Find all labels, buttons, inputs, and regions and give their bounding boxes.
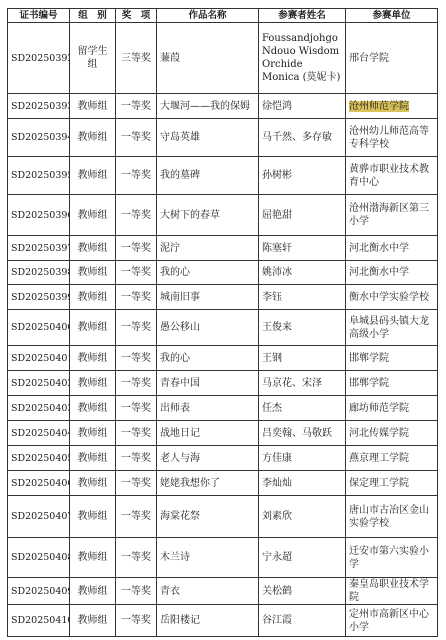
award-cell: 一等奖: [116, 446, 157, 471]
participant-unit-cell: 燕京理工学院: [346, 446, 438, 471]
table-row: SD20250393教师组一等奖大堰河——我的保姆徐恺鸿沧州师范学院: [8, 94, 438, 119]
award-cell: 一等奖: [116, 538, 157, 578]
group-cell: 留学生组: [70, 23, 116, 94]
table-row: SD20250395教师组一等奖我的墓碑孙树彬黄骅市职业技术教育中心: [8, 157, 438, 195]
group-cell: 教师组: [70, 605, 116, 637]
group-cell: 教师组: [70, 421, 116, 446]
participant-unit-cell: 沧州幼儿师范高等专科学校: [346, 119, 438, 157]
certificate-no-cell: SD20250405: [8, 446, 70, 471]
work-title-cell: 青春中国: [157, 371, 259, 396]
award-cell: 一等奖: [116, 157, 157, 195]
award-cell: 一等奖: [116, 605, 157, 637]
group-cell: 教师组: [70, 236, 116, 261]
group-cell: 教师组: [70, 285, 116, 310]
work-title-cell: 青衣: [157, 578, 259, 605]
group-cell: 教师组: [70, 578, 116, 605]
table-row: SD20250409教师组一等奖青衣关松鹤秦皇岛职业技术学院: [8, 578, 438, 605]
table-header-row: 证书编号 组 别 奖 项 作品名称 参赛者姓名 参赛单位: [8, 9, 438, 23]
group-cell: 教师组: [70, 346, 116, 371]
participant-unit-cell: 唐山市古冶区金山实验学校: [346, 496, 438, 538]
group-cell: 教师组: [70, 446, 116, 471]
table-row: SD20250406教师组一等奖姥姥我想你了李灿灿保定理工学院: [8, 471, 438, 496]
table-row: SD20250403教师组一等奖出师表任杰廊坊师范学院: [8, 396, 438, 421]
award-cell: 一等奖: [116, 310, 157, 346]
work-title-cell: 出师表: [157, 396, 259, 421]
work-title-cell: 大树下的春草: [157, 195, 259, 236]
participant-unit-cell: 秦皇岛职业技术学院: [346, 578, 438, 605]
header-group: 组 别: [70, 9, 116, 23]
participant-name-cell: 徐恺鸿: [259, 94, 346, 119]
header-participant-name: 参赛者姓名: [259, 9, 346, 23]
award-cell: 一等奖: [116, 396, 157, 421]
participant-unit-cell: 沧州师范学院: [346, 94, 438, 119]
participant-name-cell: 谷江霞: [259, 605, 346, 637]
certificate-no-cell: SD20250404: [8, 421, 70, 446]
participant-name-cell: 屈艳甜: [259, 195, 346, 236]
header-award: 奖 项: [116, 9, 157, 23]
award-cell: 一等奖: [116, 261, 157, 285]
certificate-no-cell: SD20250401: [8, 346, 70, 371]
work-title-cell: 泥泞: [157, 236, 259, 261]
participant-name-cell: 孙树彬: [259, 157, 346, 195]
certificate-no-cell: SD20250400: [8, 310, 70, 346]
certificate-no-cell: SD20250406: [8, 471, 70, 496]
work-title-cell: 大堰河——我的保姆: [157, 94, 259, 119]
award-cell: 一等奖: [116, 195, 157, 236]
work-title-cell: 老人与海: [157, 446, 259, 471]
group-cell: 教师组: [70, 195, 116, 236]
participant-name-cell: 刘素欣: [259, 496, 346, 538]
participant-unit-cell: 阜城县码头镇大龙高级小学: [346, 310, 438, 346]
participant-unit-cell: 迁安市第六实验小学: [346, 538, 438, 578]
work-title-cell: 姥姥我想你了: [157, 471, 259, 496]
certificate-no-cell: SD20250403: [8, 396, 70, 421]
certificate-no-cell: SD20250397: [8, 236, 70, 261]
award-cell: 一等奖: [116, 285, 157, 310]
certificate-no-cell: SD20250399: [8, 285, 70, 310]
work-title-cell: 守岛英雄: [157, 119, 259, 157]
work-title-cell: 海棠花祭: [157, 496, 259, 538]
participant-unit-cell: 黄骅市职业技术教育中心: [346, 157, 438, 195]
table-row: SD20250408教师组一等奖木兰诗宁永超迁安市第六实验小学: [8, 538, 438, 578]
award-cell: 一等奖: [116, 119, 157, 157]
certificate-no-cell: SD20250408: [8, 538, 70, 578]
table-row: SD20250407教师组一等奖海棠花祭刘素欣唐山市古冶区金山实验学校: [8, 496, 438, 538]
table-row: SD20250399教师组一等奖城南旧事李钰衡水中学实验学校: [8, 285, 438, 310]
participant-name-cell: Foussandjohgo Ndouo Wisdom Orchide Monic…: [259, 23, 346, 94]
group-cell: 教师组: [70, 496, 116, 538]
participant-name-cell: 陈塞轩: [259, 236, 346, 261]
work-title-cell: 我的心: [157, 261, 259, 285]
certificate-no-cell: SD20250393: [8, 94, 70, 119]
table-row: SD20250401教师组一等奖我的心王钢邯郸学院: [8, 346, 438, 371]
work-title-cell: 蒹葭: [157, 23, 259, 94]
certificate-no-cell: SD20250409: [8, 578, 70, 605]
certificate-no-cell: SD20250395: [8, 157, 70, 195]
participant-name-cell: 马京花、宋泽: [259, 371, 346, 396]
highlighted-text: 沧州师范学院: [349, 101, 409, 112]
participant-unit-cell: 河北衡水中学: [346, 261, 438, 285]
group-cell: 教师组: [70, 94, 116, 119]
table-row: SD20250410教师组一等奖岳阳楼记谷江霞定州市高新区中心小学: [8, 605, 438, 637]
header-work-title: 作品名称: [157, 9, 259, 23]
award-cell: 一等奖: [116, 346, 157, 371]
award-cell: 一等奖: [116, 578, 157, 605]
group-cell: 教师组: [70, 471, 116, 496]
certificate-no-cell: SD20250407: [8, 496, 70, 538]
table-row: SD20250400教师组一等奖愚公移山王俊来阜城县码头镇大龙高级小学: [8, 310, 438, 346]
certificate-no-cell: SD20250402: [8, 371, 70, 396]
certificate-no-cell: SD20250410: [8, 605, 70, 637]
participant-name-cell: 任杰: [259, 396, 346, 421]
certificate-no-cell: SD20250392: [8, 23, 70, 94]
work-title-cell: 愚公移山: [157, 310, 259, 346]
table-row: SD20250396教师组一等奖大树下的春草屈艳甜沧州渤海新区第三小学: [8, 195, 438, 236]
group-cell: 教师组: [70, 538, 116, 578]
participant-unit-cell: 衡水中学实验学校: [346, 285, 438, 310]
group-cell: 教师组: [70, 396, 116, 421]
work-title-cell: 木兰诗: [157, 538, 259, 578]
table-row: SD20250392留学生组三等奖蒹葭Foussandjohgo Ndouo W…: [8, 23, 438, 94]
award-cell: 一等奖: [116, 94, 157, 119]
table-row: SD20250398教师组一等奖我的心姚沛冰河北衡水中学: [8, 261, 438, 285]
participant-unit-cell: 廊坊师范学院: [346, 396, 438, 421]
participant-unit-cell: 邢台学院: [346, 23, 438, 94]
participant-name-cell: 王钢: [259, 346, 346, 371]
awards-table: 证书编号 组 别 奖 项 作品名称 参赛者姓名 参赛单位 SD20250392留…: [7, 8, 438, 637]
table-row: SD20250402教师组一等奖青春中国马京花、宋泽邯郸学院: [8, 371, 438, 396]
participant-unit-cell: 保定理工学院: [346, 471, 438, 496]
work-title-cell: 岳阳楼记: [157, 605, 259, 637]
table-row: SD20250397教师组一等奖泥泞陈塞轩河北衡水中学: [8, 236, 438, 261]
participant-unit-cell: 邯郸学院: [346, 346, 438, 371]
participant-name-cell: 马千然、多存敏: [259, 119, 346, 157]
participant-name-cell: 宁永超: [259, 538, 346, 578]
group-cell: 教师组: [70, 371, 116, 396]
group-cell: 教师组: [70, 157, 116, 195]
work-title-cell: 我的心: [157, 346, 259, 371]
participant-name-cell: 姚沛冰: [259, 261, 346, 285]
participant-unit-cell: 河北衡水中学: [346, 236, 438, 261]
group-cell: 教师组: [70, 119, 116, 157]
group-cell: 教师组: [70, 261, 116, 285]
table-row: SD20250394教师组一等奖守岛英雄马千然、多存敏沧州幼儿师范高等专科学校: [8, 119, 438, 157]
certificate-no-cell: SD20250398: [8, 261, 70, 285]
award-cell: 一等奖: [116, 371, 157, 396]
participant-unit-cell: 定州市高新区中心小学: [346, 605, 438, 637]
work-title-cell: 城南旧事: [157, 285, 259, 310]
certificate-no-cell: SD20250394: [8, 119, 70, 157]
participant-name-cell: 关松鹤: [259, 578, 346, 605]
award-cell: 一等奖: [116, 496, 157, 538]
participant-name-cell: 李灿灿: [259, 471, 346, 496]
award-cell: 一等奖: [116, 236, 157, 261]
award-cell: 三等奖: [116, 23, 157, 94]
participant-unit-cell: 河北传媒学院: [346, 421, 438, 446]
participant-name-cell: 王俊来: [259, 310, 346, 346]
table-row: SD20250405教师组一等奖老人与海方佳康燕京理工学院: [8, 446, 438, 471]
table-row: SD20250404教师组一等奖战地日记吕奕翰、马敬跃河北传媒学院: [8, 421, 438, 446]
award-cell: 一等奖: [116, 471, 157, 496]
header-certificate-no: 证书编号: [8, 9, 70, 23]
participant-name-cell: 方佳康: [259, 446, 346, 471]
participant-name-cell: 李钰: [259, 285, 346, 310]
group-cell: 教师组: [70, 310, 116, 346]
participant-unit-cell: 邯郸学院: [346, 371, 438, 396]
participant-unit-cell: 沧州渤海新区第三小学: [346, 195, 438, 236]
certificate-no-cell: SD20250396: [8, 195, 70, 236]
work-title-cell: 战地日记: [157, 421, 259, 446]
participant-name-cell: 吕奕翰、马敬跃: [259, 421, 346, 446]
award-cell: 一等奖: [116, 421, 157, 446]
work-title-cell: 我的墓碑: [157, 157, 259, 195]
header-participant-unit: 参赛单位: [346, 9, 438, 23]
